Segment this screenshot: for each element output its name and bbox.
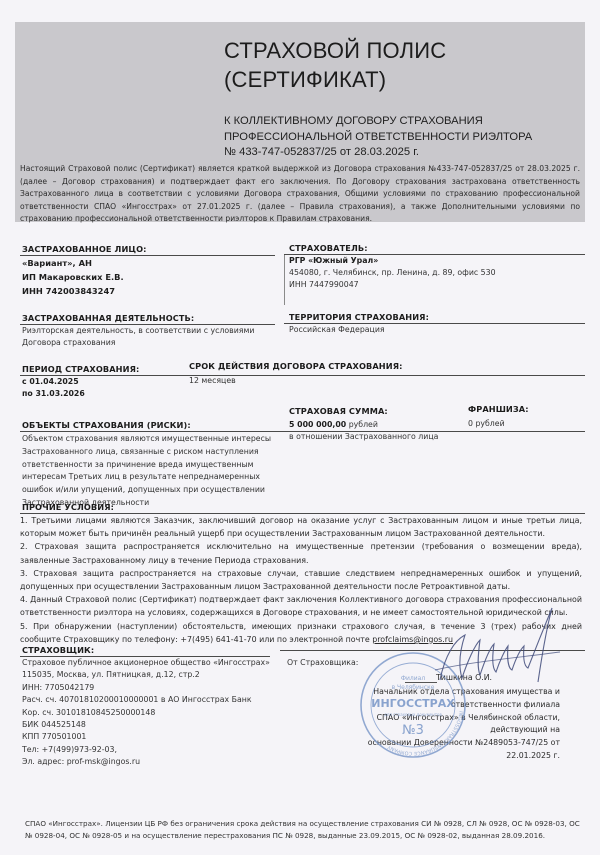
period-start: с 01.04.2025 (22, 376, 85, 388)
insurer-name: Страховое публичное акционерное общество… (22, 657, 270, 669)
license-footer: СПАО «Ингосстрах». Лицензии ЦБ РФ без ог… (25, 818, 585, 843)
insurer-corr-account: Кор. сч. 30101810845250000148 (22, 707, 270, 719)
document-title: СТРАХОВОЙ ПОЛИС (СЕРТИФИКАТ) (224, 36, 446, 94)
term-value: 12 месяцев (189, 375, 236, 387)
conditions-list: 1. Третьими лицами являются Заказчик, за… (20, 514, 582, 646)
condition-item: 4. Данный Страховой полис (Сертификат) п… (20, 593, 582, 619)
from-insurer-label: От Страховщика: (287, 657, 358, 669)
insurer-kpp: КПП 770501001 (22, 731, 270, 743)
condition-item: 5. При обнаружении (наступлении) обстоят… (20, 620, 582, 646)
stamp-line-1: Филиал (401, 675, 425, 682)
objects-line: Объектом страхования являются имуществен… (22, 433, 271, 446)
signature-line (405, 682, 437, 683)
period-dates: с 01.04.2025 по 31.03.2026 (22, 376, 85, 400)
condition-item: 1. Третьими лицами являются Заказчик, за… (20, 514, 582, 540)
divider (280, 650, 585, 651)
insured-label: ЗАСТРАХОВАННОЕ ЛИЦО: (22, 244, 147, 254)
title-line-1: СТРАХОВОЙ ПОЛИС (224, 36, 446, 65)
condition-item: 3. Страховая защита распространяется на … (20, 567, 582, 593)
signer-name: Тишкина О.И. (436, 673, 492, 682)
term-label: СРОК ДЕЙСТВИЯ ДОГОВОРА СТРАХОВАНИЯ: (189, 361, 402, 371)
objects-line: Застрахованного лица, связанные с риском… (22, 446, 271, 459)
objects-line: интересам Третьих лиц в результате непре… (22, 471, 271, 484)
insurer-inn: ИНН: 7705042179 (22, 682, 270, 694)
policyholder-inn: ИНН 7447990047 (289, 279, 496, 291)
deductible-label: ФРАНШИЗА: (468, 404, 529, 414)
intro-paragraph: Настоящий Страховой полис (Сертификат) я… (20, 163, 580, 226)
objects-line: ошибок и/или упущений, допущенных при ос… (22, 484, 271, 497)
signer-position-line: основании Доверенности №2489053-747/25 о… (340, 737, 560, 763)
deductible-value: 0 рублей (468, 418, 505, 430)
activity-label: ЗАСТРАХОВАННАЯ ДЕЯТЕЛЬНОСТЬ: (22, 313, 194, 323)
document-subtitle: К КОЛЛЕКТИВНОМУ ДОГОВОРУ СТРАХОВАНИЯ ПРО… (224, 114, 532, 161)
insured-details: «Вариант», АН ИП Макаровских Е.В. ИНН 74… (22, 256, 124, 298)
condition-item-5-text: 5. При обнаружении (наступлении) обстоят… (20, 622, 582, 644)
condition-item: 2. Страховая защита распространяется иск… (20, 540, 582, 566)
signer-position: Начальник отдела страхования имущества и… (340, 686, 560, 763)
insured-entrepreneur: ИП Макаровских Е.В. (22, 270, 124, 284)
insurer-address: 115035, Москва, ул. Пятницкая, д.12, стр… (22, 669, 270, 681)
sum-insured-details: 5 000 000,00 рублей в отношении Застрахо… (289, 419, 438, 443)
subtitle-line-2: ПРОФЕССИОНАЛЬНОЙ ОТВЕТСТВЕННОСТИ РИЭЛТОР… (224, 130, 532, 146)
sum-insured-label: СТРАХОВАЯ СУММА: (289, 406, 388, 416)
subtitle-line-1: К КОЛЛЕКТИВНОМУ ДОГОВОРУ СТРАХОВАНИЯ (224, 114, 532, 130)
sum-insured-value: 5 000 000,00 рублей (289, 419, 438, 431)
insurer-label: СТРАХОВЩИК: (22, 645, 94, 655)
title-line-2: (СЕРТИФИКАТ) (224, 65, 446, 94)
policyholder-name: РГР «Южный Урал» (289, 255, 496, 267)
objects-line: ответственности за причинение вреда имущ… (22, 459, 271, 472)
policyholder-address: 454080, г. Челябинск, пр. Ленина, д. 89,… (289, 267, 496, 279)
divider (20, 375, 585, 376)
policyholder-label: СТРАХОВАТЕЛЬ: (289, 243, 368, 253)
period-end: по 31.03.2026 (22, 388, 85, 400)
activity-line: Риэлторская деятельность, в соответствии… (22, 325, 254, 337)
sum-amount: 5 000 000,00 (289, 420, 346, 429)
insurer-bik: БИК 044525148 (22, 719, 270, 731)
insurer-email: Эл. адрес: prof-msk@ingos.ru (22, 756, 270, 768)
period-label: ПЕРИОД СТРАХОВАНИЯ: (22, 364, 139, 374)
territory-value: Российская Федерация (289, 324, 385, 336)
claims-email-link[interactable]: profclaims@ingos.ru (372, 635, 453, 644)
signer-position-line: Начальник отдела страхования имущества и… (340, 686, 560, 712)
conditions-label: ПРОЧИЕ УСЛОВИЯ: (22, 502, 114, 512)
insurer-account: Расч. сч. 40701810200010000001 в АО Инго… (22, 694, 270, 706)
objects-label: ОБЪЕКТЫ СТРАХОВАНИЯ (РИСКИ): (22, 420, 191, 430)
insurer-details: Страховое публичное акционерное общество… (22, 657, 270, 769)
insurer-phone: Тел: +7(499)973-92-03, (22, 744, 270, 756)
vertical-divider (284, 255, 285, 305)
territory-label: ТЕРРИТОРИЯ СТРАХОВАНИЯ: (289, 312, 429, 322)
signer-position-line: СПАО «Ингосстрах» в Челябинской области,… (340, 712, 560, 738)
policyholder-details: РГР «Южный Урал» 454080, г. Челябинск, п… (289, 255, 496, 292)
objects-description: Объектом страхования являются имуществен… (22, 433, 271, 510)
activity-line: Договора страхования (22, 337, 254, 349)
activity-details: Риэлторская деятельность, в соответствии… (22, 325, 254, 349)
insured-inn: ИНН 742003843247 (22, 284, 124, 298)
sum-insured-note: в отношении Застрахованного лица (289, 431, 438, 443)
sum-currency: рублей (346, 420, 378, 429)
insured-name: «Вариант», АН (22, 256, 124, 270)
contract-number: № 433-747-052837/25 от 28.03.2025 г. (224, 145, 532, 161)
